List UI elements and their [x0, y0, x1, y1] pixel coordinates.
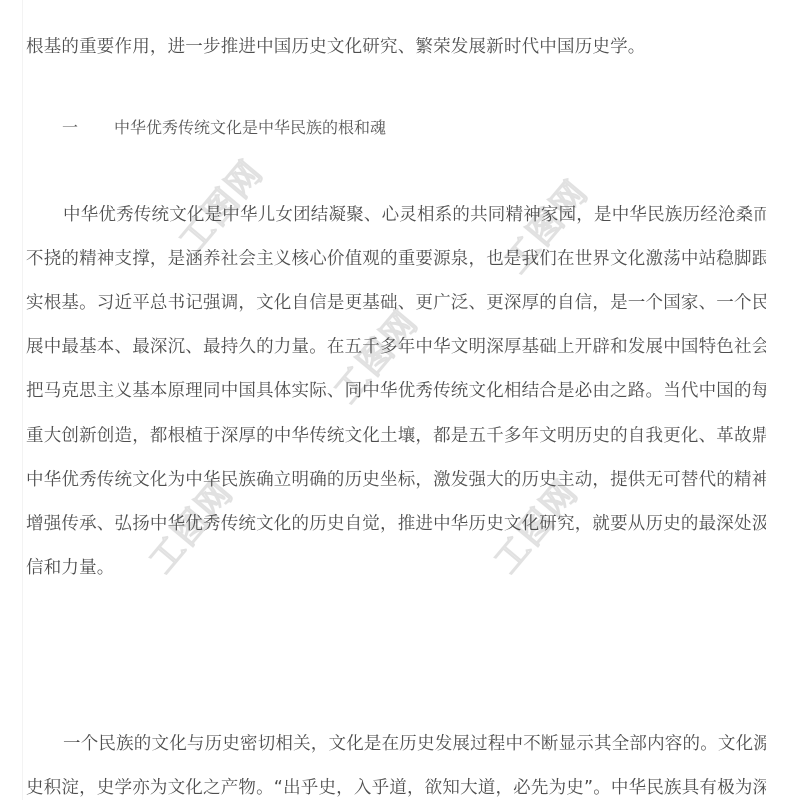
paragraph-line: 根基的重要作用，进一步推进中国历史文化研究、繁荣发展新时代中国历史学。 — [26, 35, 646, 59]
paragraph-line: 把马克思主义基本原理同中国具体实际、同中华优秀传统文化相结合是必由之路。当代中国… — [26, 379, 766, 403]
page-left-edge — [22, 0, 23, 800]
paragraph-line: 增强传承、弘扬中华优秀传统文化的历史自觉，推进中华历史文化研究，就要从历史的最深… — [26, 512, 766, 536]
paragraph-line: 信和力量。 — [26, 556, 766, 580]
document-page: 工图网 工图网 工图网 工图网 工图网 根基的重要作用，进一步推进中国历史文化研… — [0, 0, 800, 800]
paragraph-line: 重大创新创造，都根植于深厚的中华传统文化土壤，都是五千多年文明历史的自我更化、革… — [26, 424, 766, 448]
paragraph-line: 中华优秀传统文化为中华民族确立明确的历史坐标，激发强大的历史主动，提供无可替代的… — [26, 468, 766, 492]
paragraph-line: 实根基。习近平总书记强调，文化自信是更基础、更广泛、更深厚的自信，是一个国家、一… — [26, 291, 766, 315]
paragraph-line: 不挠的精神支撑，是涵养社会主义核心价值观的重要源泉，也是我们在世界文化激荡中站稳… — [26, 247, 766, 271]
section-number: 一 — [62, 116, 114, 140]
paragraph-line: 史积淀，史学亦为文化之产物。“出乎史，入乎道，欲知大道，必先为史”。中华民族具有… — [26, 776, 766, 800]
paragraph-line: 一个民族的文化与历史密切相关，文化是在历史发展过程中不断显示其全部内容的。文化源… — [63, 732, 766, 756]
section-title: 中华优秀传统文化是中华民族的根和魂 — [114, 118, 386, 137]
paragraph-line: 中华优秀传统文化是中华儿女团结凝聚、心灵相系的共同精神家园，是中华民族历经沧桑而… — [63, 203, 766, 227]
section-heading: 一中华优秀传统文化是中华民族的根和魂 — [62, 116, 386, 140]
paragraph-line: 展中最基本、最深沉、最持久的力量。在五千多年中华文明深厚基础上开辟和发展中国特色… — [26, 335, 766, 359]
